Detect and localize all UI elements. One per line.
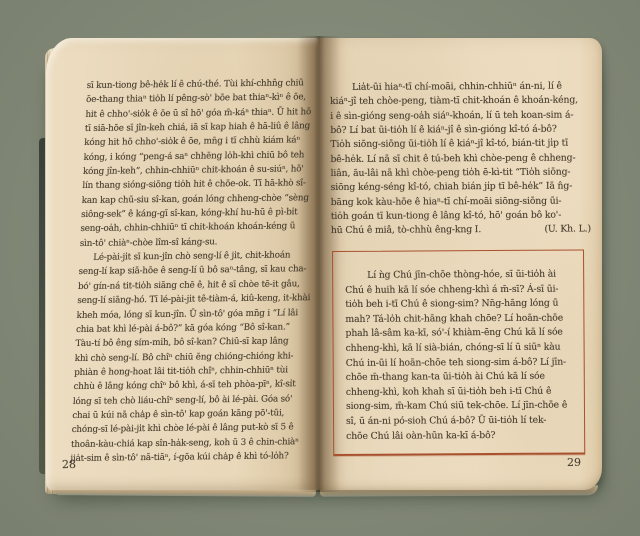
text-line: bê-he̍k. Lí nā sī chit ê tú-beh khì chòe… bbox=[330, 151, 590, 167]
text-line: bāng kok kàu-hōe ê hiaⁿ-tī chí-moāi siōn… bbox=[331, 194, 591, 210]
text-line: Lí ǹg Chú jīn-chōe thòng-hóe, sī ūi-tio̍… bbox=[345, 268, 571, 284]
attribution: (U. Kh. L.) bbox=[544, 223, 591, 238]
right-page-text: Lia̍t-ūi hiaⁿ-tī chí-moāi, chhin-chhiūⁿ … bbox=[330, 79, 591, 238]
text-line: chheng-khì, kā lí sià-bián, chóng-sī lí … bbox=[346, 341, 572, 357]
closing-line: hū Chú ê miâ, tò-chhù êng-kng I. (U. Kh.… bbox=[331, 223, 591, 239]
text-line: Chú ê huih kā lí sóe chheng-khì á m̄-sī?… bbox=[345, 282, 571, 298]
quotation-box: Lí ǹg Chú jīn-chōe thòng-hóe, sī ūi-tio̍… bbox=[332, 249, 585, 456]
text-line: chōe m̄-thang kan-ta ūi-tio̍h ài Chú kā … bbox=[346, 370, 572, 386]
text-line: Lia̍t-ūi hiaⁿ-tī chí-moāi, chhin-chhiūⁿ … bbox=[330, 79, 590, 95]
text-line: tio̍h beh i-tī Chú ê siong-sim? Nn̄g-hān… bbox=[345, 297, 571, 313]
text-line: Tio̍h siōng-siōng ūi-tio̍h lí ê kiáⁿ-jî … bbox=[330, 137, 590, 153]
text-line: mah? Tá-lo̍h chit-hāng khah chōe? Lí hoā… bbox=[345, 311, 571, 327]
text-line: tio̍h goán tī kun-tiong ê lâng kî-tó, hō… bbox=[331, 209, 591, 225]
scan-background: sī kun-tiong bê-he̍k lí ê chú-thé. Tùi k… bbox=[0, 0, 640, 536]
text-line: bô? Lí bat ūi-tio̍h lí ê kiáⁿ-jî ê sìn-g… bbox=[330, 122, 590, 138]
text-line: siōng kéng-séng kî-tó, chiah bián ji̍p t… bbox=[331, 180, 591, 196]
text-line: i ê sìn-gióng seng-oa̍h siáⁿ-khoán, lí ū… bbox=[330, 108, 590, 124]
text-line: siong-sim, m̄-kam Chú siū tek-chōe. Lí j… bbox=[346, 399, 572, 415]
text-line: liân, āu-lâi nā khì chòe-peng tio̍h ē-kì… bbox=[331, 165, 591, 181]
quotation-box-text: Lí ǹg Chú jīn-chōe thòng-hóe, sī ūi-tio̍… bbox=[345, 268, 572, 445]
text-line: chheng-khì, koh khah sī ūi-tio̍h beh i-t… bbox=[346, 384, 572, 400]
closing-text: hū Chú ê miâ, tò-chhù êng-kng I. bbox=[331, 224, 481, 239]
text-line: sî, ū án-ni pó-sioh Chú á-bô? Ū ūi-tio̍h… bbox=[346, 413, 572, 429]
text-line: seng-oa̍h, chhin-chhiūⁿ tī chit-khoán kh… bbox=[80, 219, 321, 236]
text-line: phah lâ-sâm ka-kī, só'-í khiàm-ēng Chú k… bbox=[345, 326, 571, 342]
text-line: kiáⁿ-jî teh chòe-peng, tiàm-tī chit-khoá… bbox=[330, 94, 590, 110]
text-line: chōe Chú lâi oàn-hūn ka-kī á-bô? bbox=[346, 428, 572, 444]
text-line: Chú in-ūi lí hoān-chōe teh siong-sim á-b… bbox=[346, 355, 572, 371]
right-page-number: 29 bbox=[567, 456, 581, 469]
left-page-number: 28 bbox=[62, 458, 76, 471]
left-page-text: sī kun-tiong bê-he̍k lí ê chú-thé. Tùi k… bbox=[70, 76, 327, 466]
text-line: jia̍t-sim ê sìn-tô' nā-tiāⁿ, í-gōa kúi c… bbox=[70, 449, 311, 466]
